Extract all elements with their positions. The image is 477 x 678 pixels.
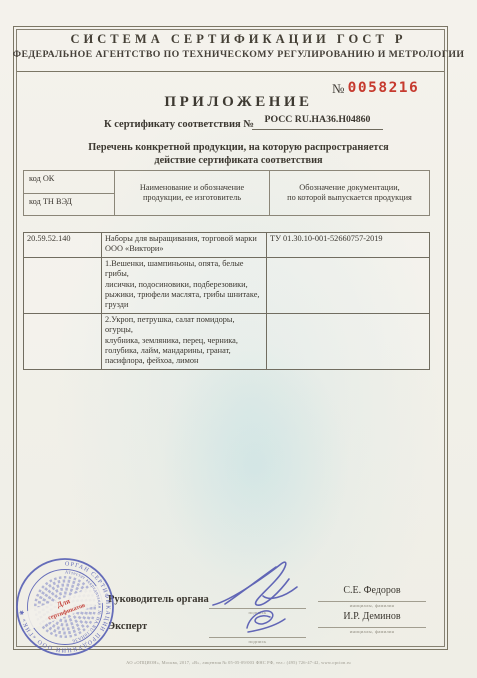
appendix-title: ПРИЛОЖЕНИЕ [0, 94, 477, 111]
name-line-1 [318, 600, 426, 602]
handwritten-signature-1 [205, 560, 320, 610]
cell-doc [266, 314, 429, 369]
code-ok-label: код ОК [24, 171, 114, 194]
head-of-body-label: Руководитель органа [108, 594, 209, 605]
code-column-header: код ОК код ТН ВЭД [24, 171, 114, 215]
name-column-header: Наименование и обозначение продукции, ее… [114, 171, 269, 215]
product-list-subtitle: Перечень конкретной продукции, на котору… [0, 141, 477, 167]
signature-caption-2: подпись [209, 639, 306, 644]
doc-column-header: Обозначение документации, по которой вып… [269, 171, 429, 215]
federal-agency-line: ФЕДЕРАЛЬНОЕ АГЕНТСТВО ПО ТЕХНИЧЕСКОМУ РЕ… [0, 49, 477, 60]
table-row: 20.59.52.140 Наборы для выращивания, тор… [24, 233, 429, 257]
certificate-number: РОСС RU.НА36.Н04860 [252, 114, 383, 130]
head-name: С.Е. Федоров [320, 585, 424, 596]
name-caption-2: инициалы, фамилия [318, 629, 426, 634]
cell-name: 2.Укроп, петрушка, салат помидоры, огурц… [101, 314, 266, 369]
certification-body-stamp: ОРГАН СЕРТИФИКАЦИИ ПРОДУКЦИИ ООО «ГНК» ✱… [13, 555, 117, 659]
name-line-2 [318, 626, 426, 628]
code-tnved-label: код ТН ВЭД [24, 194, 114, 216]
cell-code: 20.59.52.140 [24, 233, 101, 257]
cell-name: Наборы для выращивания, торговой марки О… [101, 233, 266, 257]
products-table-header: код ОК код ТН ВЭД Наименование и обознач… [23, 170, 430, 216]
certificate-reference-label: К сертификату соответствия № [104, 119, 254, 130]
cell-code [24, 258, 101, 313]
products-table-body: 20.59.52.140 Наборы для выращивания, тор… [23, 232, 430, 370]
certification-system-title: СИСТЕМА СЕРТИФИКАЦИИ ГОСТ Р [0, 32, 477, 47]
cell-doc: ТУ 01.30.10-001-52660757-2019 [266, 233, 429, 257]
table-row: 2.Укроп, петрушка, салат помидоры, огурц… [24, 313, 429, 369]
certificate-appendix-page: СИСТЕМА СЕРТИФИКАЦИИ ГОСТ Р ФЕДЕРАЛЬНОЕ … [0, 0, 477, 678]
handwritten-signature-2 [240, 605, 295, 637]
printer-imprint: АО «ОПЦИОН», Москва, 2017, «В», лицензия… [0, 660, 477, 665]
cell-doc [266, 258, 429, 313]
cell-name: 1.Вешенки, шампиньоны, опята, белые гриб… [101, 258, 266, 313]
cell-code [24, 314, 101, 369]
table-row: 1.Вешенки, шампиньоны, опята, белые гриб… [24, 257, 429, 313]
name-caption-1: инициалы, фамилия [318, 603, 426, 608]
expert-name: И.Р. Деминов [320, 611, 424, 622]
